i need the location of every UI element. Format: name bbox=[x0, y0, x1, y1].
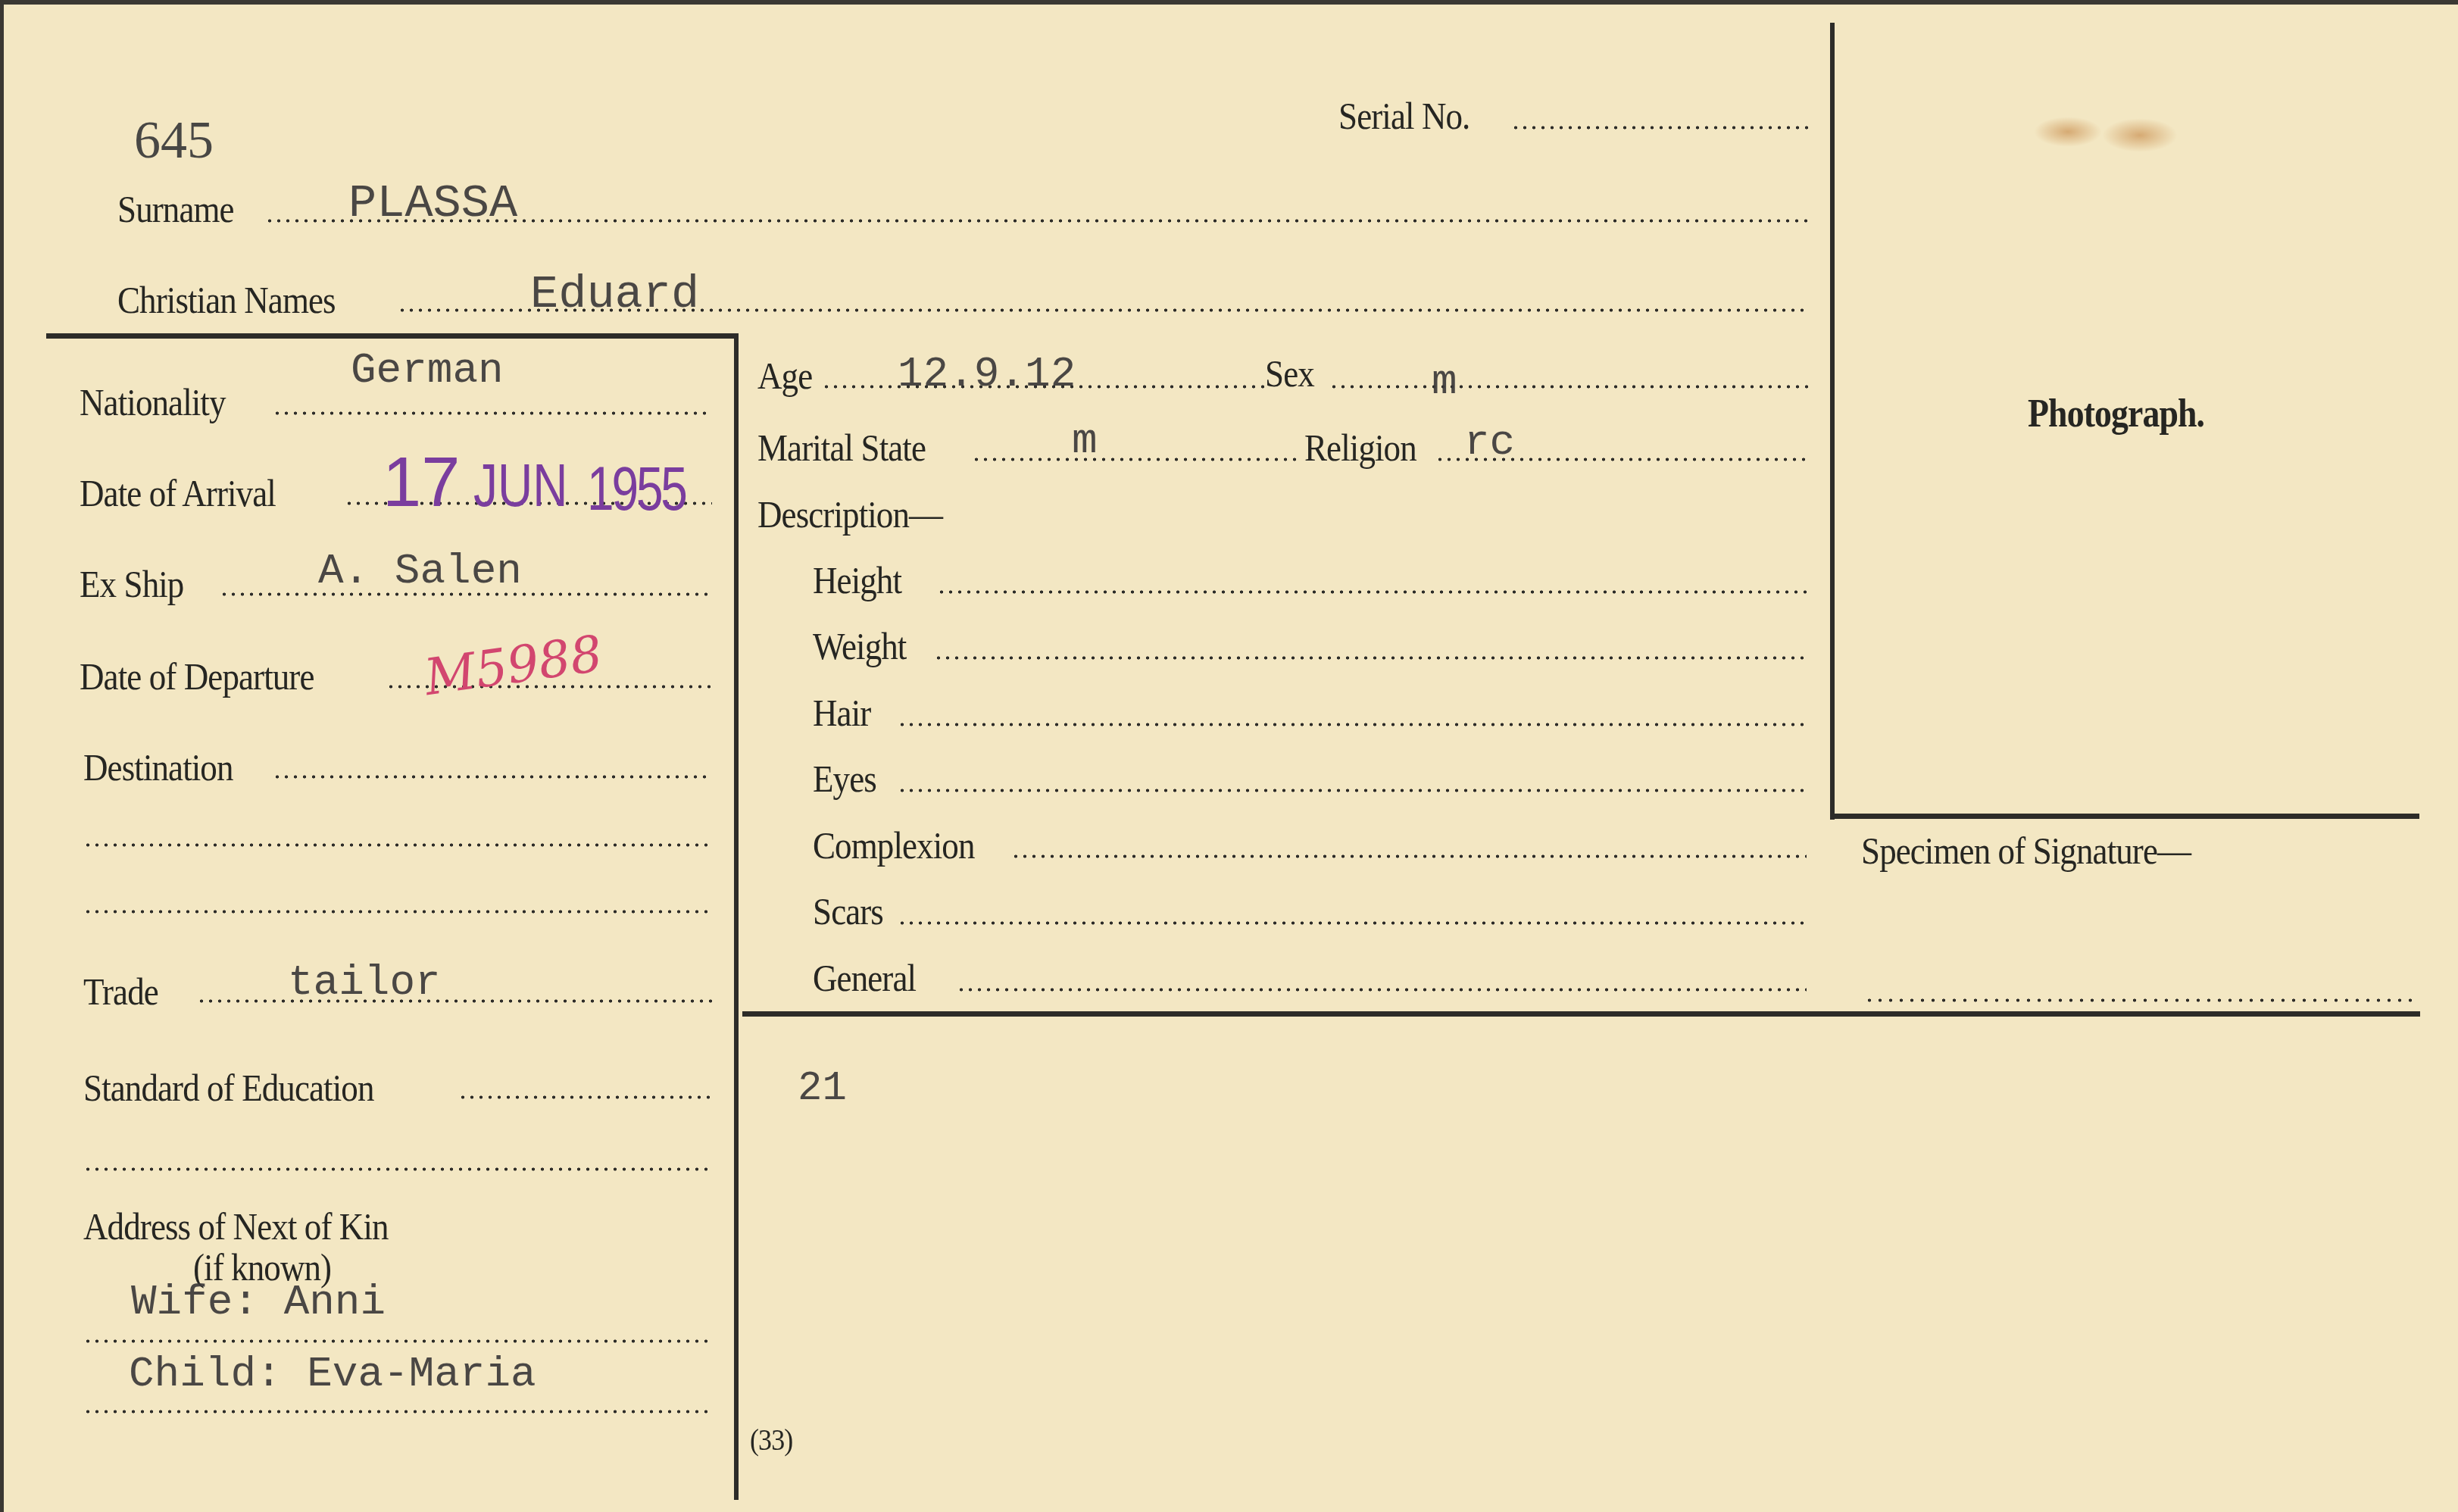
destination-field[interactable] bbox=[273, 775, 712, 779]
immigration-registration-card: 645 Serial No. Surname PLASSA Christian … bbox=[0, 0, 2458, 1512]
destination-field-line-3[interactable] bbox=[83, 910, 712, 914]
eyes-label: Eyes bbox=[813, 760, 876, 798]
card-number: 645 bbox=[134, 114, 214, 167]
nationality-label: Nationality bbox=[80, 383, 226, 421]
religion-value: rc bbox=[1464, 421, 1515, 464]
trade-value: tailor bbox=[288, 961, 441, 1004]
next-of-kin-line-2: Child: Eva-Maria bbox=[129, 1353, 536, 1395]
christian-names-label: Christian Names bbox=[117, 281, 336, 319]
destination-label: Destination bbox=[83, 748, 233, 786]
standard-of-education-field[interactable] bbox=[458, 1095, 712, 1099]
next-of-kin-field-line-2[interactable] bbox=[83, 1410, 712, 1414]
date-of-departure-label: Date of Departure bbox=[80, 658, 314, 695]
description-heading: Description— bbox=[757, 495, 942, 533]
general-label: General bbox=[813, 959, 916, 997]
age-value: 12.9.12 bbox=[898, 353, 1076, 395]
signature-field[interactable] bbox=[1864, 998, 2417, 1002]
religion-label: Religion bbox=[1304, 429, 1416, 467]
surname-label: Surname bbox=[117, 190, 234, 228]
description-bottom-rule bbox=[742, 1011, 2420, 1017]
standard-of-education-field-line-2[interactable] bbox=[83, 1167, 712, 1171]
next-of-kin-field-line-1[interactable] bbox=[83, 1339, 712, 1343]
signature-label: Specimen of Signature— bbox=[1861, 832, 2191, 870]
weight-field[interactable] bbox=[934, 656, 1809, 660]
trade-field[interactable] bbox=[197, 999, 712, 1003]
height-label: Height bbox=[813, 561, 901, 599]
next-of-kin-line-1: Wife: Anni bbox=[131, 1281, 386, 1323]
scars-label: Scars bbox=[813, 892, 883, 930]
left-box-right-rule bbox=[734, 333, 739, 1500]
christian-names-value: Eduard bbox=[530, 271, 699, 318]
marital-state-value: m bbox=[1072, 420, 1098, 462]
photo-box-left-rule bbox=[1830, 23, 1835, 820]
weight-label: Weight bbox=[813, 627, 906, 665]
date-of-arrival-label: Date of Arrival bbox=[80, 474, 276, 512]
surname-value: PLASSA bbox=[348, 180, 517, 227]
scars-field[interactable] bbox=[898, 921, 1807, 925]
nationality-field[interactable] bbox=[273, 411, 712, 415]
left-box-top-rule bbox=[46, 333, 739, 339]
date-of-departure-handwritten: M5988 bbox=[422, 629, 605, 703]
photograph-area bbox=[1837, 27, 2416, 812]
serial-number-label: Serial No. bbox=[1338, 97, 1469, 135]
form-code: (33) bbox=[750, 1425, 792, 1455]
age-label: Age bbox=[757, 357, 812, 395]
complexion-label: Complexion bbox=[813, 826, 974, 864]
standard-of-education-label: Standard of Education bbox=[83, 1069, 373, 1107]
hair-field[interactable] bbox=[898, 723, 1809, 726]
stamp-month: JUN bbox=[473, 455, 567, 516]
next-of-kin-label: Address of Next of Kin bbox=[83, 1207, 389, 1245]
height-field[interactable] bbox=[937, 590, 1808, 594]
eyes-field[interactable] bbox=[898, 789, 1809, 792]
marital-state-label: Marital State bbox=[757, 429, 926, 467]
hair-label: Hair bbox=[813, 694, 870, 732]
serial-number-field[interactable] bbox=[1511, 126, 1808, 130]
extra-note-number: 21 bbox=[798, 1069, 847, 1110]
sex-field[interactable] bbox=[1329, 385, 1809, 389]
nationality-value: German bbox=[351, 349, 504, 392]
marital-state-field[interactable] bbox=[972, 458, 1301, 461]
trade-label: Trade bbox=[83, 973, 158, 1011]
complexion-field[interactable] bbox=[1011, 854, 1807, 858]
ex-ship-value: A. Salen bbox=[318, 550, 522, 592]
stamp-year: 1955 bbox=[587, 458, 686, 520]
stamp-day: 17 bbox=[383, 448, 460, 517]
sex-label: Sex bbox=[1265, 355, 1314, 392]
ex-ship-label: Ex Ship bbox=[80, 565, 183, 603]
destination-field-line-2[interactable] bbox=[83, 843, 712, 847]
sex-value: m bbox=[1432, 361, 1457, 403]
general-field[interactable] bbox=[957, 988, 1807, 992]
photo-box-bottom-rule bbox=[1830, 814, 2419, 819]
